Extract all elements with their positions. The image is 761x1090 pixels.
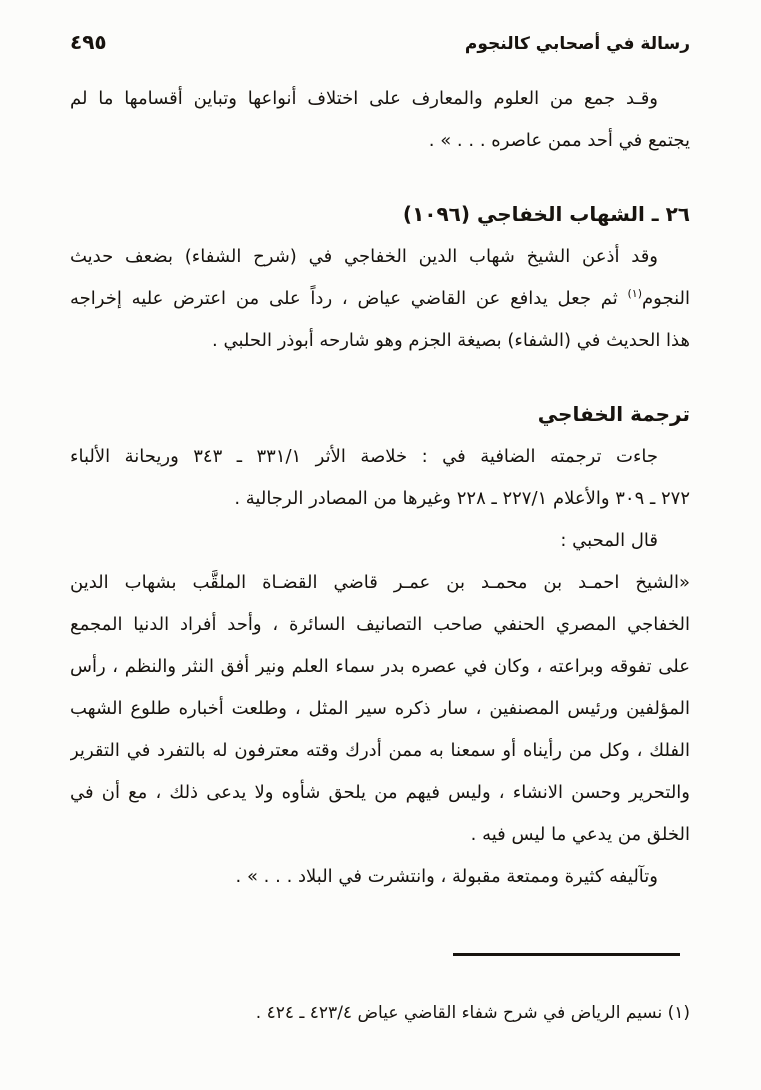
text-line: «الشيخ احمـد بن محمـد بن عمـر قاضي القضـ… [70, 562, 690, 604]
text-line: قال المحبي : [70, 520, 690, 562]
paragraph: وقد أذعن الشيخ شهاب الدين الخفاجي في (شر… [70, 236, 690, 362]
section-heading: ترجمة الخفاجي [70, 396, 690, 432]
paragraph: وقـد جمع من العلوم والمعارف على اختلاف أ… [70, 78, 690, 162]
text-line: المؤلفين ورئيس المصنفين ، سار ذكره سير ا… [70, 688, 690, 730]
page-header: رسالة في أصحابي كالنجوم ٤٩٥ [70, 30, 690, 64]
page-number: ٤٩٥ [70, 30, 107, 54]
text-line: ٢٧٢ ـ ٣٠٩ والأعلام ٢٢٧/١ ـ ٢٢٨ وغيرها من… [70, 478, 690, 520]
text-line: الفلك ، وكل من رأيناه أو سمعنا به ممن أد… [70, 730, 690, 772]
text-line: هذا الحديث في (الشفاء) بصيغة الجزم وهو ش… [70, 320, 690, 362]
text-line: الخلق من يدعي ما ليس فيه . [70, 814, 690, 856]
scanned-book-page: رسالة في أصحابي كالنجوم ٤٩٥ وقـد جمع من … [0, 0, 761, 1090]
footnote-ref-marker: (١) [628, 287, 643, 300]
text-line: والتحرير وحسن الانشاء ، وليس فيهم من يلح… [70, 772, 690, 814]
text-line: على تفوقه وبراعته ، وكان في عصره بدر سما… [70, 646, 690, 688]
section-heading: ٢٦ ـ الشهاب الخفاجي (١٠٩٦) [70, 196, 690, 232]
text-line: وتآليفه كثيرة وممتعة مقبولة ، وانتشرت في… [70, 856, 690, 898]
paragraph: «الشيخ احمـد بن محمـد بن عمـر قاضي القضـ… [70, 562, 690, 856]
running-title: رسالة في أصحابي كالنجوم [465, 34, 690, 54]
paragraph: قال المحبي : [70, 520, 690, 562]
paragraph: جاءت ترجمته الضافية في : خلاصة الأثر ٣٣١… [70, 436, 690, 520]
paragraph: وتآليفه كثيرة وممتعة مقبولة ، وانتشرت في… [70, 856, 690, 898]
text-line: الخفاجي المصري الحنفي صاحب التصانيف السا… [70, 604, 690, 646]
body-blocks: وقـد جمع من العلوم والمعارف على اختلاف أ… [70, 78, 690, 898]
text-line: النجوم(١) ثم جعل يدافع عن القاضي عياض ، … [70, 278, 690, 320]
text-line: جاءت ترجمته الضافية في : خلاصة الأثر ٣٣١… [70, 436, 690, 478]
footnote-text: (١) نسيم الرياض في شرح شفاء القاضي عياض … [70, 998, 690, 1028]
text-line: وقـد جمع من العلوم والمعارف على اختلاف أ… [70, 78, 690, 120]
footnote-separator-rule [453, 953, 680, 956]
text-line: يجتمع في أحد ممن عاصره . . . » . [70, 120, 690, 162]
text-line: وقد أذعن الشيخ شهاب الدين الخفاجي في (شر… [70, 236, 690, 278]
